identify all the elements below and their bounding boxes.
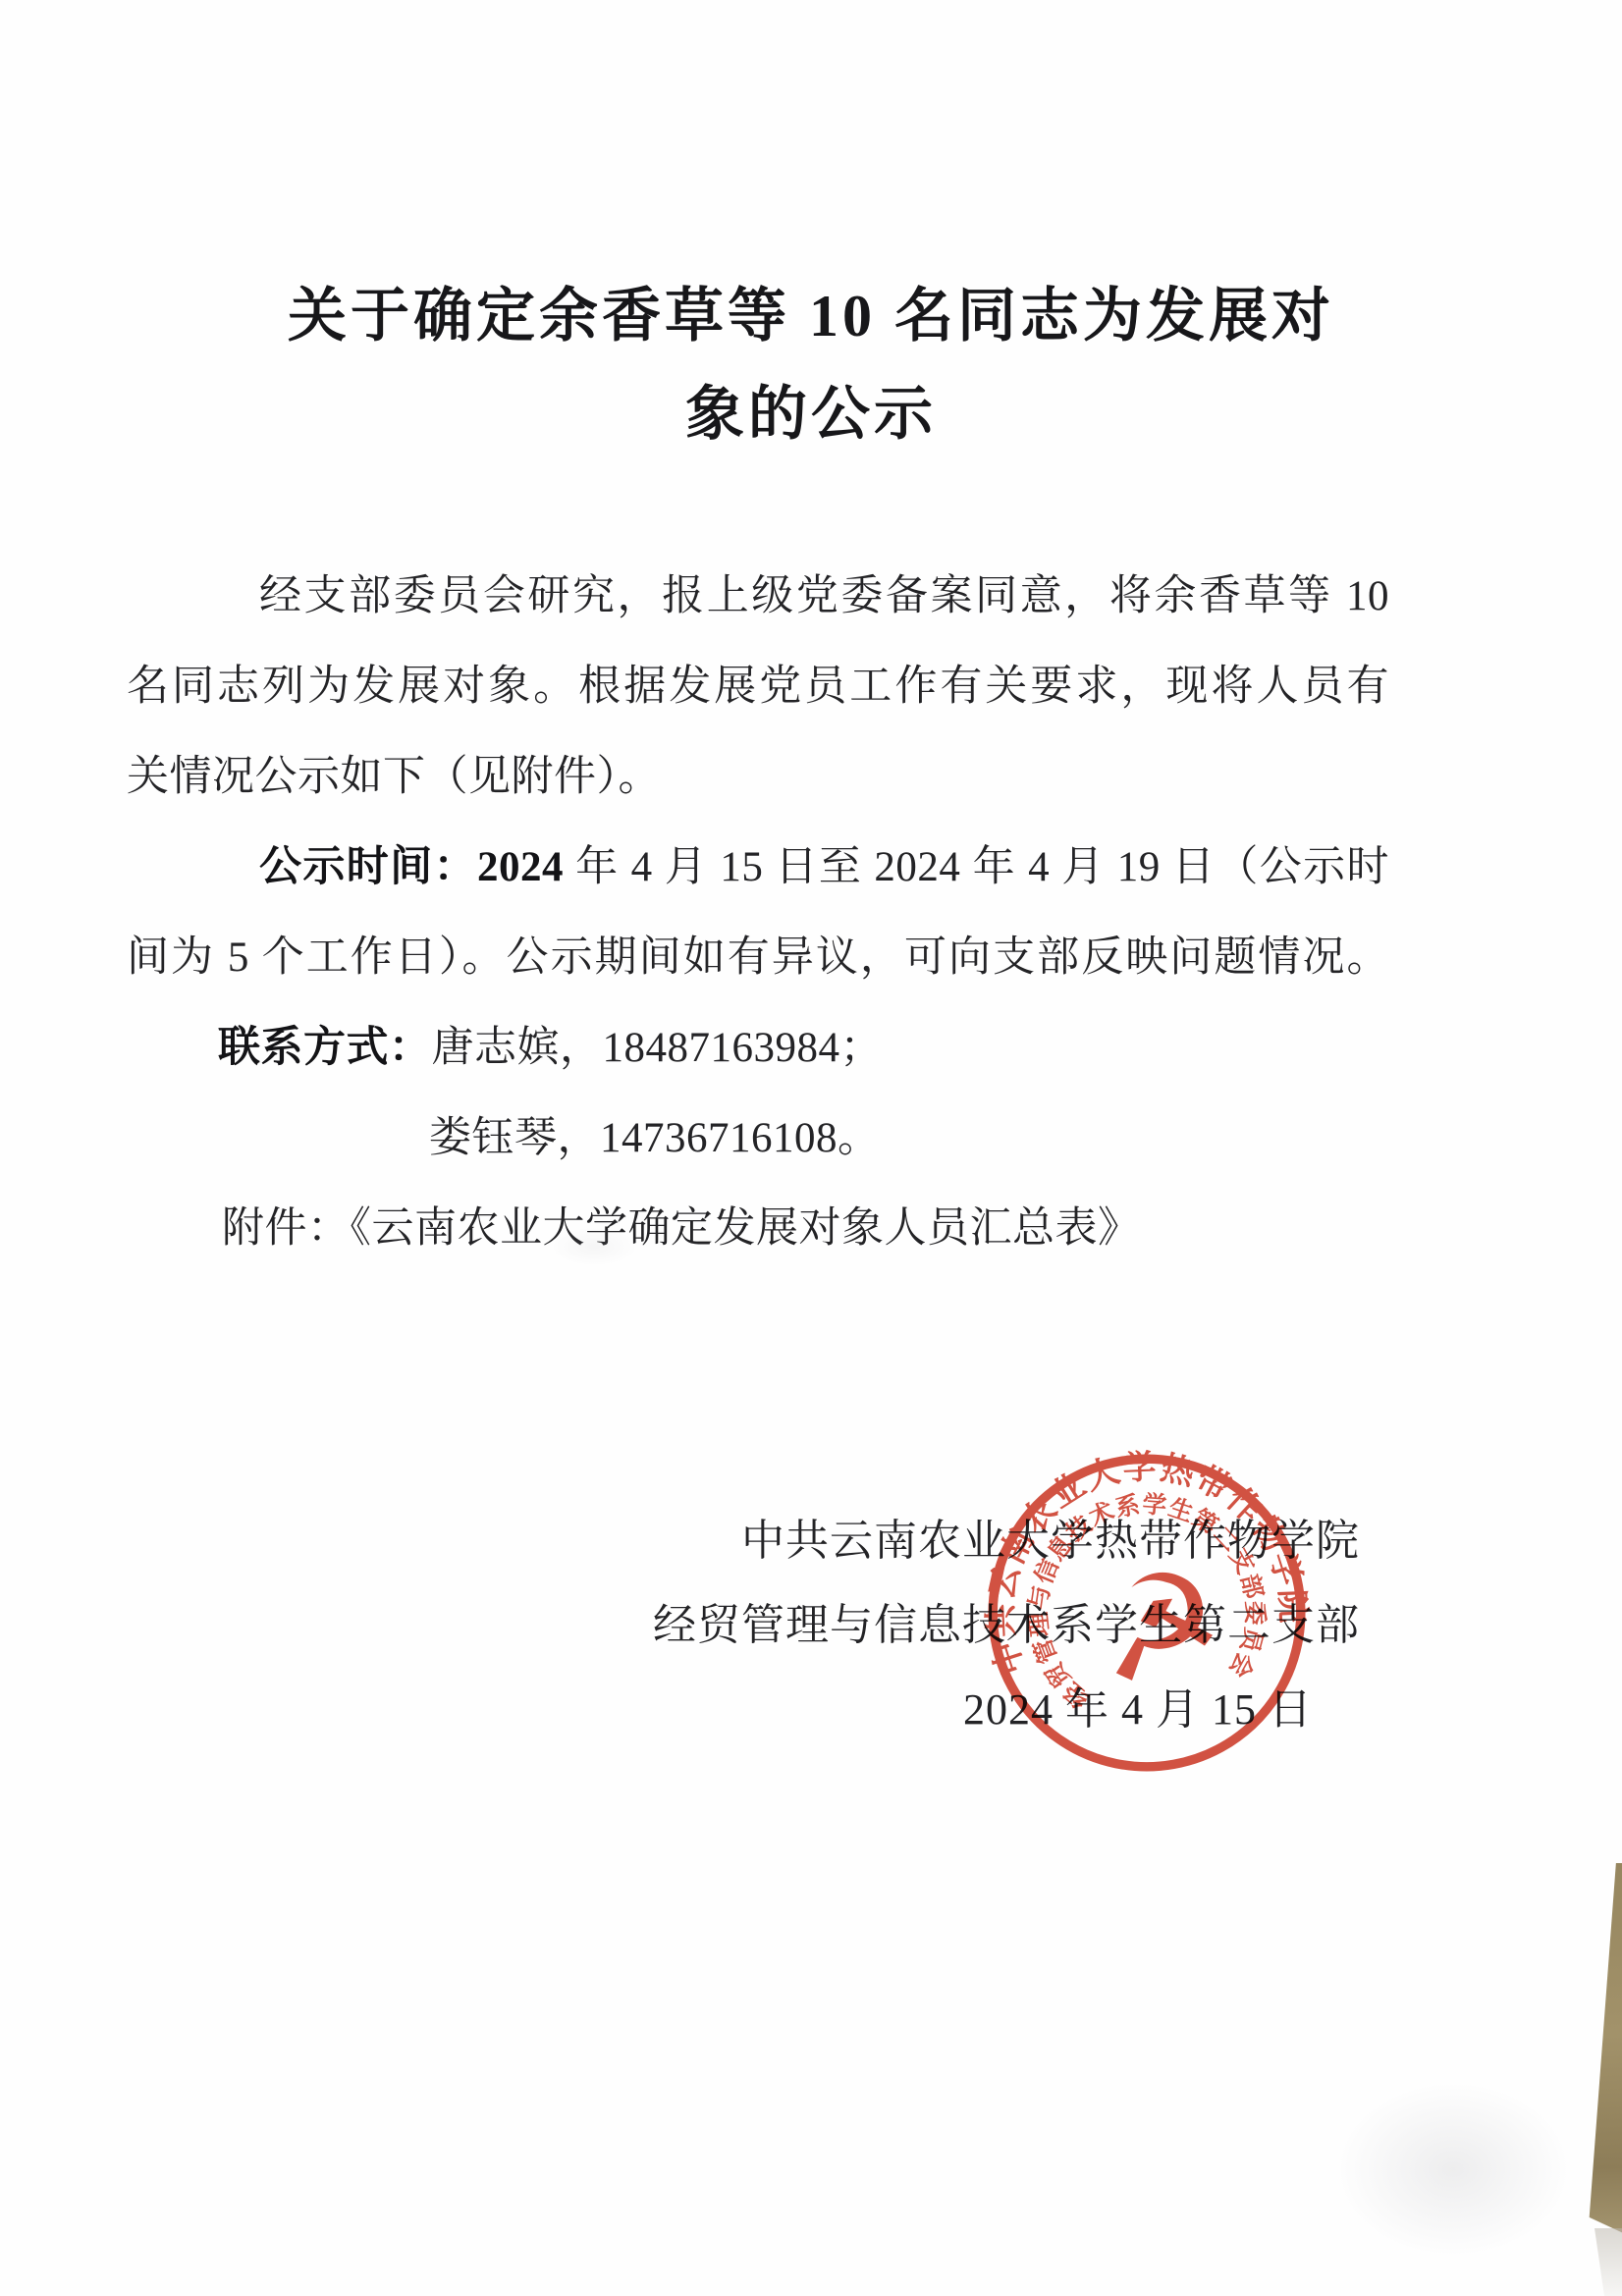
contact-person-1: 唐志嫔，18487163984； <box>432 1025 884 1071</box>
notice-title-line-2: 象的公示 <box>0 365 1622 463</box>
notice-body: 经支部委员会研究，报上级党委备案同意，将余香草等 10 名同志列为发展对象。根据… <box>127 552 1389 1274</box>
contact-person-2: 娄钰琴，14736716108。 <box>429 1115 881 1161</box>
contact-label: 联系方式： <box>218 1025 432 1071</box>
signature-block: 中共云南农业大学热带作物学院 经贸管理与信息技术系学生第二支部 2024 年 4… <box>653 1499 1360 1752</box>
signature-date: 2024 年 4 月 15 日 <box>653 1668 1360 1752</box>
attachment-title: 《云南农业大学确定发展对象人员汇总表》 <box>351 1205 1141 1252</box>
attachment-line: 附件：《云南农业大学确定发展对象人员汇总表》 <box>127 1184 1389 1274</box>
publicity-period-label: 公示时间： <box>259 844 477 890</box>
publicity-period-line-2: 间为 5 个工作日）。公示期间如有异议，可向支部反映问题情况。 <box>127 913 1389 1003</box>
notice-title: 关于确定余香草等 10 名同志为发展对 象的公示 <box>0 267 1622 463</box>
contact-line-2: 娄钰琴，14736716108。 <box>127 1094 1389 1184</box>
scanned-notice-page: 关于确定余香草等 10 名同志为发展对 象的公示 经支部委员会研究，报上级党委备… <box>0 0 1622 2296</box>
scan-smudge-small <box>550 1227 638 1266</box>
signature-org-line-2: 经贸管理与信息技术系学生第二支部 <box>653 1583 1360 1668</box>
scan-smudge <box>1335 2081 1571 2258</box>
contact-line-1: 联系方式：唐志嫔，18487163984； <box>127 1003 1389 1094</box>
paragraph-1-line-3: 关情况公示如下（见附件）。 <box>127 732 1389 823</box>
paper-edge-shadow <box>1583 2228 1622 2296</box>
attachment-label: 附件： <box>222 1205 351 1252</box>
signature-org-line-1: 中共云南农业大学热带作物学院 <box>653 1499 1360 1583</box>
publicity-period-line-1: 公示时间：2024 年 4 月 15 日至 2024 年 4 月 19 日（公示… <box>127 823 1389 913</box>
notice-title-line-1: 关于确定余香草等 10 名同志为发展对 <box>0 267 1622 365</box>
publicity-period-text: 年 4 月 15 日至 2024 年 4 月 19 日（公示时 <box>564 844 1389 890</box>
paragraph-1-line-1: 经支部委员会研究，报上级党委备案同意，将余香草等 10 <box>127 552 1389 642</box>
paragraph-1-line-2: 名同志列为发展对象。根据发展党员工作有关要求，现将人员有 <box>127 642 1389 732</box>
desk-edge-sliver <box>1589 1863 1622 2244</box>
publicity-start-year: 2024 <box>477 844 564 890</box>
